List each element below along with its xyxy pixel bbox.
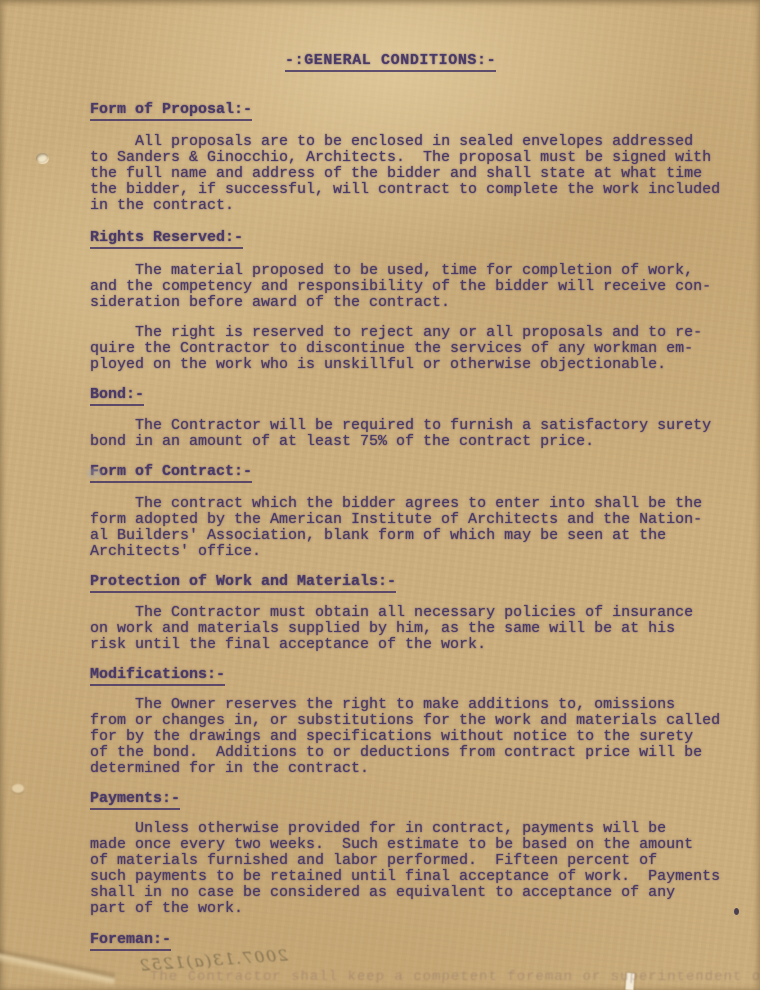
section-heading: Form of Contract:- — [90, 464, 252, 483]
section-modifications: Modifications:- The Owner reserves the r… — [90, 667, 740, 777]
typewritten-content: -:GENERAL CONDITIONS:- Form of Proposal:… — [90, 53, 740, 951]
ink-dot — [734, 908, 739, 915]
paragraph: The Contractor must obtain all necessary… — [90, 605, 740, 653]
paper-smudge — [86, 468, 102, 479]
paragraph: The contract which the bidder agrees to … — [90, 496, 740, 560]
section-payments: Payments:- Unless otherwise provided for… — [90, 791, 740, 917]
section-foreman: Foreman:- — [90, 932, 740, 951]
bleed-through-text: The Contractor shall keep a competent fo… — [150, 969, 760, 985]
paragraph: The Contractor will be required to furni… — [90, 418, 740, 450]
section-form-of-proposal: Form of Proposal:- All proposals are to … — [90, 102, 740, 214]
paper-chip — [12, 784, 24, 793]
section-rights-reserved: Rights Reserved:- The material proposed … — [90, 230, 740, 373]
section-heading: Rights Reserved:- — [90, 230, 243, 249]
paper-crease — [0, 945, 116, 988]
section-heading: Form of Proposal:- — [90, 102, 252, 121]
section-heading: Protection of Work and Materials:- — [90, 574, 396, 593]
section-form-of-contract: Form of Contract:- The contract which th… — [90, 464, 740, 560]
paragraph: Unless otherwise provided for in contrac… — [90, 821, 740, 917]
page-title: -:GENERAL CONDITIONS:- — [285, 53, 496, 72]
paragraph: All proposals are to be enclosed in seal… — [90, 134, 740, 214]
section-protection-of-work: Protection of Work and Materials:- The C… — [90, 574, 740, 653]
section-bond: Bond:- The Contractor will be required t… — [90, 387, 740, 450]
section-heading: Payments:- — [90, 791, 180, 810]
document-page: -:GENERAL CONDITIONS:- Form of Proposal:… — [0, 0, 760, 990]
section-heading: Bond:- — [90, 387, 144, 406]
paragraph: The material proposed to be used, time f… — [90, 263, 740, 311]
section-heading: Modifications:- — [90, 667, 225, 686]
punch-hole — [36, 153, 49, 164]
paragraph: The right is reserved to reject any or a… — [90, 325, 740, 373]
section-heading: Foreman:- — [90, 932, 171, 951]
paragraph: The Owner reserves the right to make add… — [90, 697, 740, 777]
